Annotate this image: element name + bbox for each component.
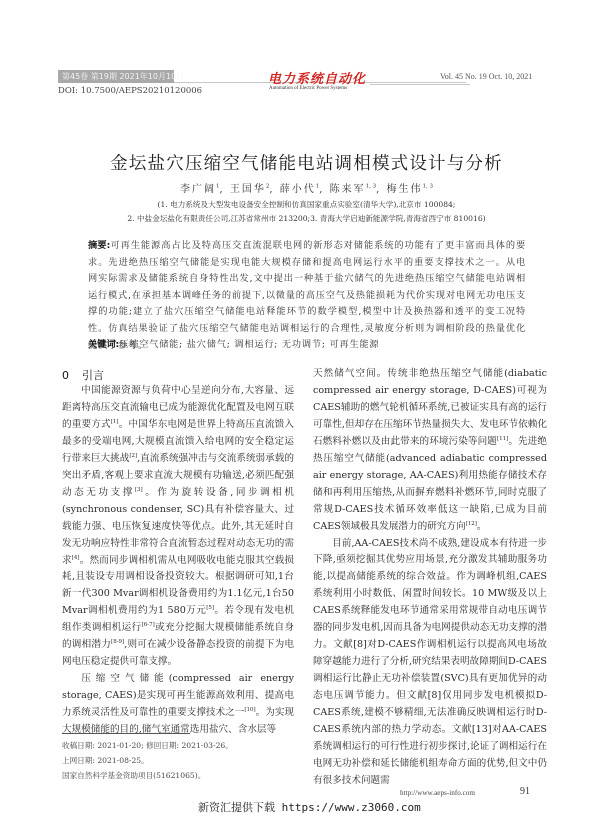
footnote-divider (62, 733, 190, 734)
journal-logo-en: Automation of Electric Power Systems (269, 86, 347, 91)
paragraph: 目前,AA-CAES技术尚不成熟,建设成本有待进一步下降,亟须挖掘其优势应用场景… (313, 536, 547, 790)
body-column-left: 中国能源资源与负荷中心呈逆向分布,大容量、远距离特高压交直流输电已成为能源优化配… (62, 383, 294, 739)
citation[interactable]: [10] (244, 707, 255, 713)
keywords-label: 关键词: (88, 339, 119, 350)
citation[interactable]: [8-9] (111, 639, 124, 645)
author: 王国华 (230, 184, 266, 195)
paragraph: 压缩空气储能(compressed air energy storage, CA… (62, 671, 294, 739)
section-number: 0 (62, 369, 69, 382)
paragraph: 天然储气空间。传统非绝热压缩空气储能(diabatic compressed a… (313, 366, 547, 536)
citation[interactable]: [2] (129, 453, 137, 459)
journal-url-link[interactable]: http://www.aeps-info.com (400, 789, 475, 797)
citation[interactable]: [3] (135, 487, 143, 493)
keywords-text: 压缩空气储能; 盐穴储气; 调相运行; 无功调节; 可再生能源 (119, 339, 379, 350)
volume-info: Vol. 45 No. 19 Oct. 10, 2021 (440, 72, 532, 81)
affiliation-line-1: (1. 电力系统及大型发电设备安全控制和仿真国家重点实验室(清华大学),北京市 … (0, 199, 613, 210)
author-list: 李广阔1, 王国华2, 薛小代1, 陈来军1, 3, 梅生伟1, 3 (0, 180, 613, 195)
download-watermark: 新资汇提供下载 https://www.z3060.com (198, 799, 421, 815)
citation[interactable]: [1] (111, 419, 119, 425)
author: 梅生伟 (386, 184, 422, 195)
author-affiliation-mark: 1, 3 (366, 184, 377, 190)
author-affiliation-mark: 1 (216, 184, 220, 190)
paper-title: 金坛盐穴压缩空气储能电站调相模式设计与分析 (0, 150, 613, 175)
citation[interactable]: [11] (497, 436, 508, 442)
author-affiliation-mark: 1 (316, 184, 320, 190)
issue-info-bar: 第45卷 第19期 2021年10月10日 (58, 70, 174, 83)
section-heading: 0引言 (62, 367, 104, 383)
page-number: 91 (520, 786, 530, 797)
author: 薛小代 (280, 184, 316, 195)
abstract-label: 摘要: (88, 240, 110, 251)
footnotes: 收稿日期: 2021-01-20; 修回日期: 2021-03-26。 上网日期… (62, 738, 233, 783)
affiliation-line-2: 2. 中盐金坛盐化有限责任公司,江苏省常州市 213200;3. 青海大学启迪新… (0, 213, 613, 224)
paragraph: 中国能源资源与负荷中心呈逆向分布,大容量、远距离特高压交直流输电已成为能源优化配… (62, 383, 294, 671)
body-column-right: 天然储气空间。传统非绝热压缩空气储能(diabatic compressed a… (313, 366, 547, 790)
author-affiliation-mark: 2 (266, 184, 270, 190)
citation[interactable]: [5] (206, 605, 214, 611)
keywords: 关键词:压缩空气储能; 盐穴储气; 调相运行; 无功调节; 可再生能源 (88, 336, 528, 350)
citation[interactable]: [12] (466, 520, 477, 526)
author-affiliation-mark: 1, 3 (422, 184, 433, 190)
section-title: 引言 (82, 369, 104, 382)
footnote-funding: 国家自然科学基金资助项目(51621065)。 (62, 768, 233, 783)
abstract-text: 可再生能源高占比及特高压交直流混联电网的新形态对储能系统的功能有了更丰富而具体的… (88, 240, 526, 351)
author: 陈来军 (330, 184, 366, 195)
citation[interactable]: [6-7] (142, 622, 155, 628)
footnote-online-date: 上网日期: 2021-08-25。 (62, 753, 233, 768)
doi: DOI: 10.7500/AEPS20210120006 (58, 86, 202, 96)
author: 李广阔 (180, 184, 216, 195)
header-divider-right (370, 84, 470, 85)
journal-logo-cn: 电力系统自动化 (268, 68, 366, 87)
citation[interactable]: [4] (72, 554, 80, 560)
footnote-received-date: 收稿日期: 2021-01-20; 修回日期: 2021-03-26。 (62, 738, 233, 753)
